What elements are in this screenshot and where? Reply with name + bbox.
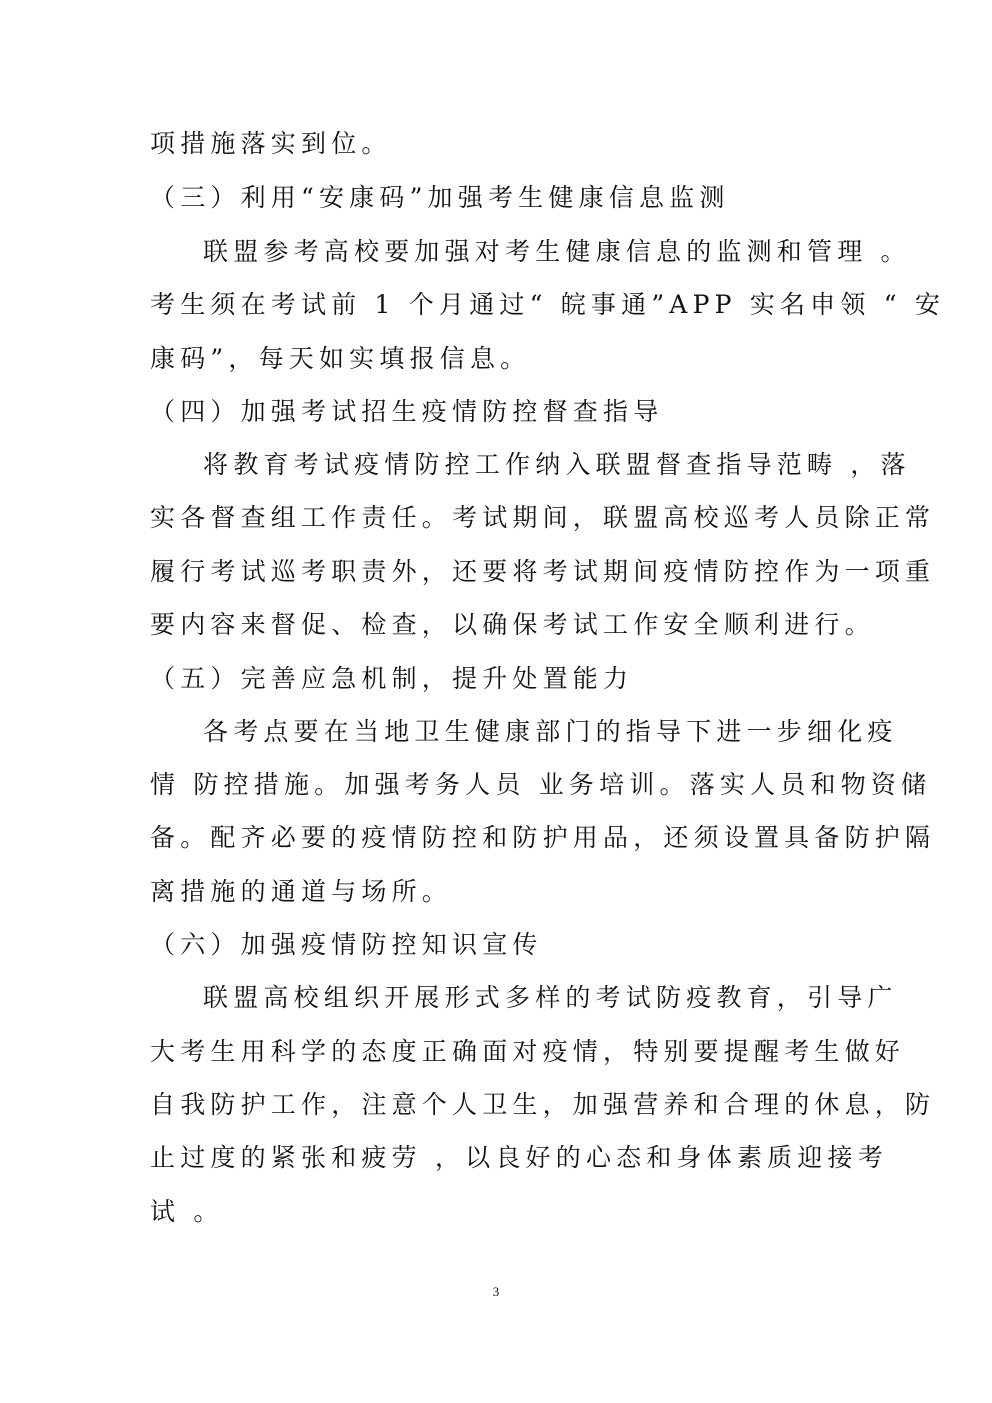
paragraph-line: 项措施落实到位。 [150,128,392,160]
section-heading: （五）完善应急机制，提升处置能力 [150,663,633,695]
section-heading: （三）利用“安康码”加强考生健康信息监测 [150,182,730,214]
paragraph-line: 大考生用科学的态度正确面对疫情，特别要提醒考生做好 [150,1036,905,1068]
paragraph-line: 情 防控措施。加强考务人员 业务培训。落实人员和物资储 [150,769,931,801]
paragraph-line: 止过度的紧张和疲劳 ，以良好的心态和身体素质迎接考 [150,1142,888,1174]
paragraph-line: 要内容来督促、检查，以确保考试工作安全顺利进行。 [150,609,875,641]
paragraph-line: 将教育考试疫情防控工作纳入联盟督查指导范畴 ，落 [203,449,911,481]
section-heading: （四）加强考试招生疫情防控督查指导 [150,396,663,428]
paragraph-line: 备。配齐必要的疫情防控和防护用品，还须设置具备防护隔 [150,822,935,854]
paragraph-line: 联盟参考高校要加强对考生健康信息的监测和管理 。 [203,236,911,268]
paragraph-line: 自我防护工作，注意个人卫生，加强营养和合理的休息，防 [150,1089,935,1121]
paragraph-line: 履行考试巡考职责外，还要将考试期间疫情防控作为一项重 [150,556,935,588]
paragraph-line: 联盟高校组织开展形式多样的考试防疫教育，引导广 [203,982,898,1014]
paragraph-line: 实各督查组工作责任。考试期间，联盟高校巡考人员除正常 [150,502,935,534]
paragraph-line: 考生须在考试前 1 个月通过“ 皖事通”APP 实名申领 “ 安 [150,289,945,321]
paragraph-line: 试 。 [150,1196,224,1228]
page-number: 3 [0,1284,992,1300]
paragraph-line: 康码”，每天如实填报信息。 [150,343,530,375]
paragraph-line: 各考点要在当地卫生健康部门的指导下进一步细化疫 [203,716,898,748]
paragraph-line: 离措施的通道与场所。 [150,876,452,908]
section-heading: （六）加强疫情防控知识宣传 [150,929,543,961]
